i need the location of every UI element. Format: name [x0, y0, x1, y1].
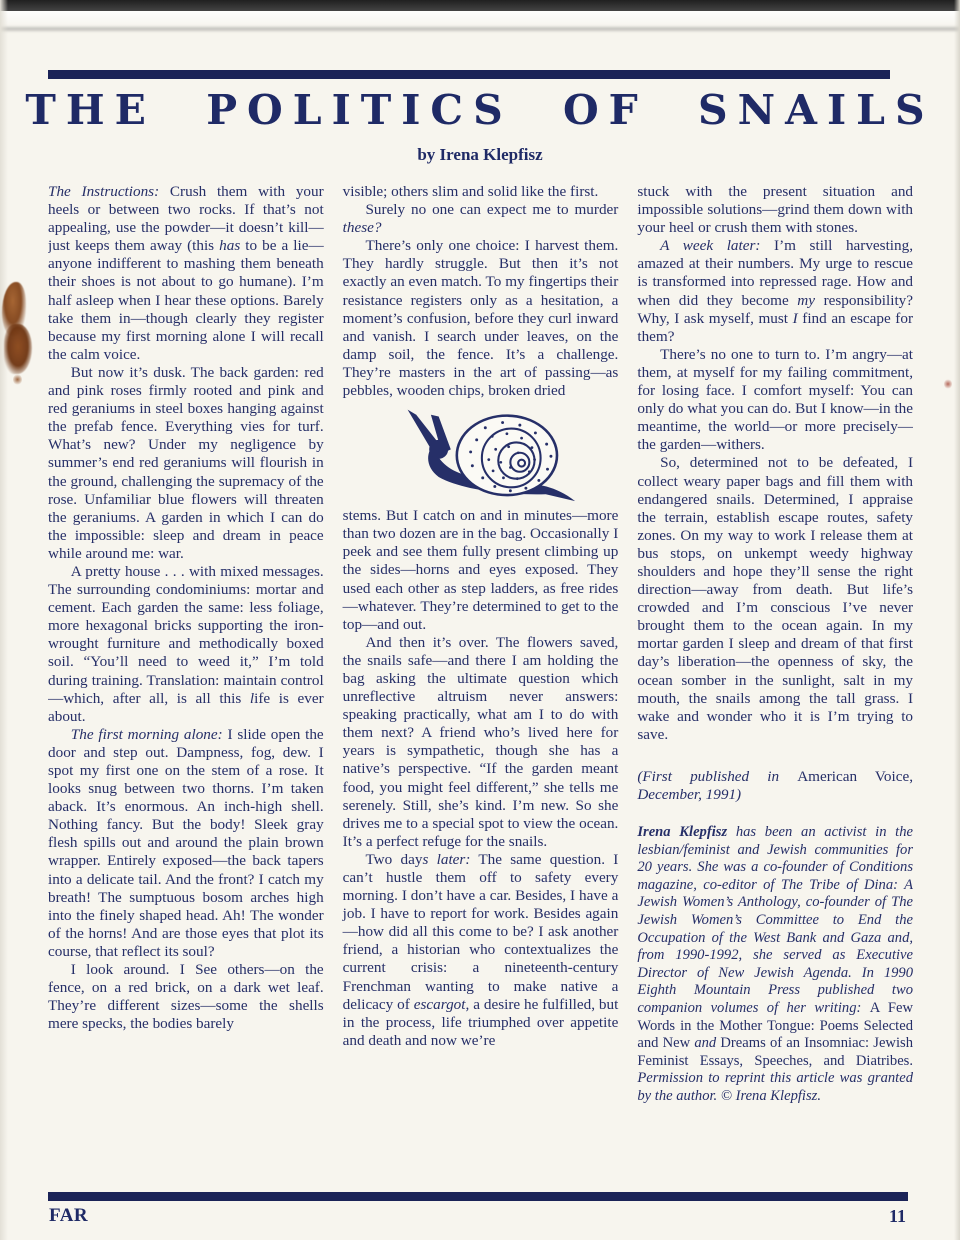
- paragraph: The first morning alone: I slide open th…: [48, 726, 324, 961]
- column-2: visible; others slim and solid like the …: [343, 183, 619, 1189]
- column-2-text-after-figure: stems. But I catch on and in minutes—mor…: [343, 507, 619, 1050]
- rust-stain: [4, 324, 32, 374]
- paragraph: So, determined not to be defeated, I col…: [637, 454, 913, 744]
- scan-edge-top: [0, 0, 960, 11]
- scan-fold-shadow: [0, 27, 960, 31]
- paragraph: visible; others slim and solid like the …: [343, 183, 619, 201]
- paragraph: But now it’s dusk. The back garden: red …: [48, 364, 324, 563]
- paragraph: The Instructions: Crush them with your h…: [48, 183, 324, 364]
- rust-stain: [944, 379, 952, 389]
- byline: by Irena Klepfisz: [0, 145, 960, 165]
- snail-illustration-icon: [375, 407, 587, 502]
- paragraph: Irena Klepfisz has been an activist in t…: [637, 824, 913, 1106]
- bottom-rule: [48, 1192, 908, 1201]
- paragraph: There’s no one to turn to. I’m angry—at …: [637, 346, 913, 455]
- article-body: The Instructions: Crush them with your h…: [48, 183, 913, 1189]
- paragraph: Two days later: The same question. I can…: [343, 851, 619, 1050]
- top-rule: [48, 70, 890, 79]
- paragraph: There’s only one choice: I harvest them.…: [343, 237, 619, 400]
- paragraph: A week later: I’m still harvesting, amaz…: [637, 237, 913, 346]
- page-number: 11: [889, 1206, 906, 1227]
- paragraph: I look around. I See others—on the fence…: [48, 961, 324, 1033]
- magazine-name: FAR: [49, 1205, 88, 1227]
- rust-stain: [13, 374, 22, 385]
- column-2-text-before-figure: visible; others slim and solid like the …: [343, 183, 619, 400]
- paragraph: stems. But I catch on and in minutes—mor…: [343, 507, 619, 634]
- page-title: THE POLITICS OF SNAILS: [0, 86, 960, 134]
- scan-edge-left: [0, 0, 8, 1240]
- paragraph: A pretty house . . . with mixed messages…: [48, 563, 324, 726]
- column-1: The Instructions: Crush them with your h…: [48, 183, 324, 1189]
- first-published-credit: (First published in American Voice, Dece…: [637, 768, 913, 804]
- paragraph: Surely no one can expect me to murder th…: [343, 201, 619, 237]
- paragraph: stuck with the present situation and imp…: [637, 183, 913, 237]
- column-3-text: stuck with the present situation and imp…: [637, 183, 913, 744]
- paragraph: And then it’s over. The flowers saved, t…: [343, 634, 619, 851]
- paragraph: (First published in American Voice, Dece…: [637, 768, 913, 804]
- column-3: stuck with the present situation and imp…: [637, 183, 913, 1189]
- author-bio: Irena Klepfisz has been an activist in t…: [637, 824, 913, 1106]
- scan-edge-right: [954, 0, 960, 1240]
